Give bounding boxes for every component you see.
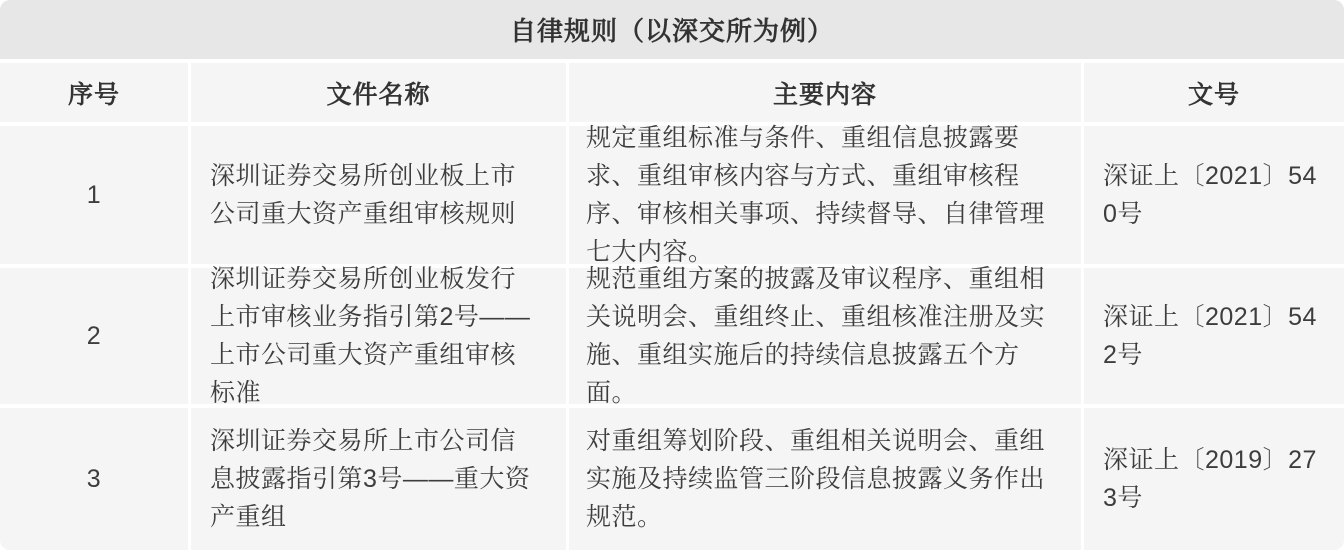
row1-document-number-cell: 深证上〔2021〕540号 (1084, 126, 1344, 264)
row3-serial-cell: 3 (0, 408, 188, 550)
row3-document-number-cell: 深证上〔2019〕273号 (1084, 408, 1344, 550)
row1-main-content-cell: 规定重组标准与条件、重组信息披露要求、重组审核内容与方式、重组审核程序、审核相关… (569, 126, 1081, 264)
column-header-document-name: 文件名称 (191, 63, 566, 122)
self-regulatory-rules-table: 自律规则（以深交所为例） 序号 文件名称 主要内容 文号 1 深圳证券交易所创业… (0, 0, 1344, 550)
row3-document-name-cell: 深圳证券交易所上市公司信息披露指引第3号——重大资产重组 (191, 408, 566, 550)
row2-main-content-cell: 规范重组方案的披露及审议程序、重组相关说明会、重组终止、重组核准注册及实施、重组… (569, 268, 1081, 404)
row1-document-name-cell: 深圳证券交易所创业板上市公司重大资产重组审核规则 (191, 126, 566, 264)
column-header-document-number: 文号 (1084, 63, 1344, 122)
row3-main-content-cell: 对重组筹划阶段、重组相关说明会、重组实施及持续监管三阶段信息披露义务作出规范。 (569, 408, 1081, 550)
column-header-serial: 序号 (0, 63, 188, 122)
row2-document-name-cell: 深圳证券交易所创业板发行上市审核业务指引第2号——上市公司重大资产重组审核标准 (191, 268, 566, 404)
column-header-main-content: 主要内容 (569, 63, 1081, 122)
row2-document-number-cell: 深证上〔2021〕542号 (1084, 268, 1344, 404)
row1-serial-cell: 1 (0, 126, 188, 264)
table-title: 自律规则（以深交所为例） (0, 0, 1344, 59)
row2-serial-cell: 2 (0, 268, 188, 404)
